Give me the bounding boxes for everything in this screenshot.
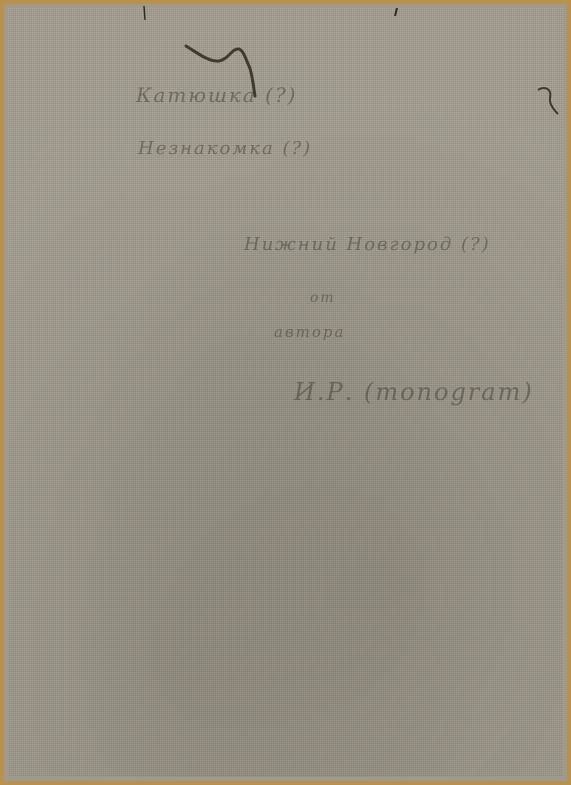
canvas-back: Катюшка (?) Незнакомка (?) Нижний Новгор… — [8, 8, 563, 777]
wooden-frame: Катюшка (?) Незнакомка (?) Нижний Новгор… — [0, 0, 571, 785]
inscription-line-5: автора — [274, 323, 345, 341]
inscription-line-4: от — [310, 290, 336, 306]
inscription-line-2: Незнакомка (?) — [138, 138, 312, 159]
inscription-line-3: Нижний Новгород (?) — [244, 234, 491, 255]
inscription-line-1: Катюшка (?) — [136, 83, 297, 107]
monogram-signature: И.Р. (monogram) — [294, 378, 534, 406]
